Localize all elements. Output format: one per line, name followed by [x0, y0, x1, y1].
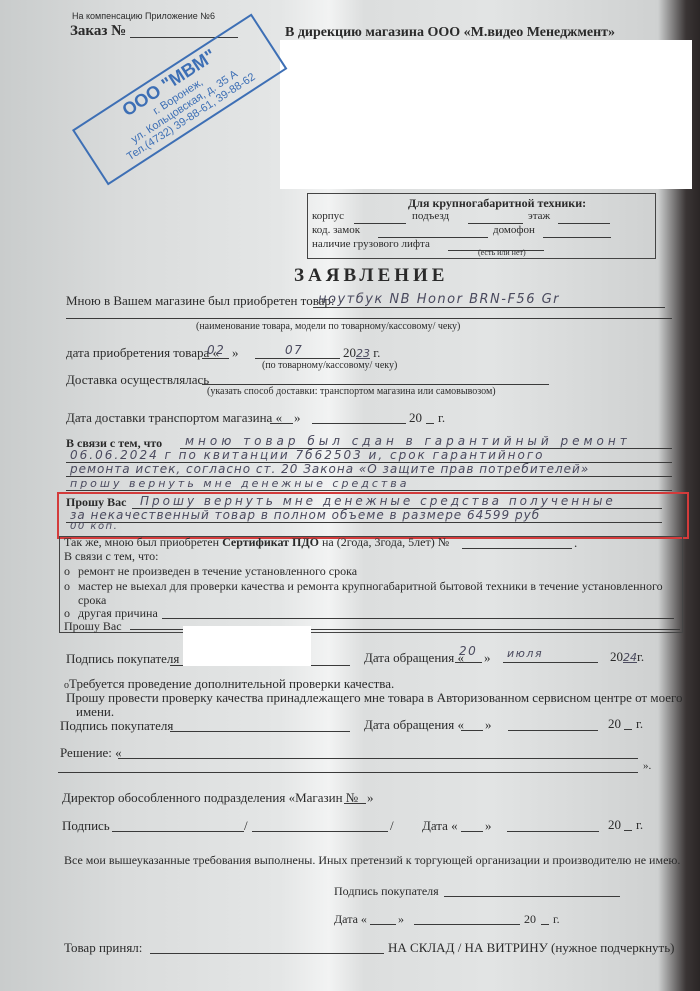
certificate-option-2[interactable]: oмастер не выехал для проверки качества …: [64, 579, 663, 594]
accepted-options: НА СКЛАД / НА ВИТРИНУ (нужное подчеркнут…: [388, 940, 675, 956]
delivery-year-prefix: 20: [409, 410, 422, 426]
extra-check-text-1: Прошу провести проверку качества принадл…: [66, 690, 683, 706]
stamp-line-2: г. Воронеж,: [87, 34, 270, 159]
accepted-hint: (нужное подчеркнуть): [551, 940, 674, 955]
signature-1-label: Подпись покупателя: [66, 651, 179, 667]
decision-year-field[interactable]: [624, 830, 632, 831]
signature-2-year-prefix: 20: [608, 716, 621, 732]
decision-year-end: г.: [636, 817, 643, 833]
signature-1-year-prefix: 20: [610, 649, 623, 664]
signature-1-date-label: Дата обращения «: [364, 650, 464, 666]
reason-line-2[interactable]: 06.06.2024 г по квитанции 7б62503 и, сро…: [70, 448, 545, 462]
purchase-month-underline: [255, 358, 340, 359]
signature-2-day-field[interactable]: [461, 730, 483, 731]
decision-label: Решение: «: [60, 745, 122, 761]
closing-year-field[interactable]: [541, 924, 549, 925]
purchase-date-label: дата приобретения товара «: [66, 345, 219, 361]
purchase-label: Мною в Вашем магазине был приобретен тов…: [66, 293, 335, 309]
signature-1-year-end: г.: [637, 649, 644, 664]
delivery-method-field[interactable]: [202, 384, 549, 385]
director-name-field[interactable]: [252, 831, 388, 832]
building-field[interactable]: [354, 223, 406, 224]
decision-field-2[interactable]: [58, 772, 638, 773]
signature-1-year-suffix[interactable]: 24: [623, 651, 637, 664]
director-label: Директор обособленного подразделения «Ма…: [62, 790, 358, 806]
reason-line-1[interactable]: мною товар был сдан в гарантийный ремонт: [185, 434, 631, 448]
purchase-underline: [313, 307, 665, 308]
intercom-field[interactable]: [543, 237, 611, 238]
addressee: В дирекцию магазина ООО «М.видео Менеджм…: [285, 25, 615, 41]
delivery-year-end: г.: [438, 410, 445, 426]
lock-code-label: код. замок: [312, 224, 360, 236]
purchase-year-end: г.: [373, 345, 380, 360]
floor-label: этаж: [528, 210, 550, 222]
decision-close: ».: [643, 760, 651, 772]
signature-slash-2: /: [390, 818, 394, 834]
closing-month-field[interactable]: [414, 924, 520, 925]
closing-year-end: г.: [553, 912, 560, 927]
decision-day-field[interactable]: [461, 831, 483, 832]
delivery-date-label: Дата доставки транспортом магазина «: [66, 410, 282, 426]
signature-1-date-month[interactable]: июля: [507, 647, 543, 660]
signature-2-field[interactable]: [170, 731, 350, 732]
intercom-label: домофон: [493, 224, 535, 236]
delivery-month-field[interactable]: [312, 423, 406, 424]
certificate-bold: Сертификат ПДО: [222, 535, 319, 549]
signature-2-date-close: »: [485, 717, 492, 733]
order-number-label: Заказ №: [70, 23, 126, 40]
certificate-prefix: Так же, мною был приобретен: [64, 535, 219, 549]
document-title: ЗАЯВЛЕНИЕ: [294, 265, 448, 287]
closing-date-label: Дата «: [334, 912, 367, 927]
decision-field-1[interactable]: [118, 758, 638, 759]
purchase-year-suffix[interactable]: 23: [356, 347, 370, 360]
freight-elevator-hint: (есть или нет): [478, 248, 526, 257]
building-label: корпус: [312, 210, 344, 222]
closing-year-prefix: 20: [524, 912, 536, 927]
purchase-day-underline: [202, 358, 229, 359]
signature-2-year-end: г.: [636, 716, 643, 732]
delivery-year-field[interactable]: [426, 423, 434, 424]
signature-2-label: Подпись покупателя: [60, 718, 173, 734]
certificate-reason-label: В связи с тем, что:: [64, 549, 158, 564]
request-line-3[interactable]: 00 коп.: [70, 521, 118, 532]
director-signature-label: Подпись: [62, 818, 110, 834]
closing-statement: Все мои вышеуказанные требования выполне…: [64, 853, 680, 868]
signature-slash-1: /: [244, 818, 248, 834]
other-reason-field[interactable]: [162, 618, 674, 619]
freight-elevator-label: наличие грузового лифта: [312, 238, 430, 250]
certificate-request-label: Прошу Вас: [64, 619, 122, 634]
director-close: »: [367, 790, 374, 806]
certificate-line: Так же, мною был приобретен Сертификат П…: [64, 535, 449, 550]
request-line-2[interactable]: за некачественный товар в полном объеме …: [70, 508, 540, 522]
signature-2-month-field[interactable]: [508, 730, 598, 731]
purchase-date-hint: (по товарному/кассовому/ чеку): [262, 360, 397, 371]
delivery-date-close: »: [294, 410, 301, 426]
floor-field[interactable]: [558, 223, 610, 224]
request-line-1[interactable]: Прошу вернуть мне денежные средства полу…: [140, 494, 616, 508]
purchase-date-month[interactable]: 07: [285, 343, 303, 357]
decision-date-close: »: [485, 818, 492, 834]
decision-month-field[interactable]: [507, 831, 599, 832]
accepted-options-text[interactable]: НА СКЛАД / НА ВИТРИНУ: [388, 940, 548, 955]
accepted-by-field[interactable]: [150, 953, 384, 954]
reason-line-3[interactable]: ремонта истек, согласно ст. 20 Закона «О…: [70, 462, 589, 476]
decision-year-prefix: 20: [608, 817, 621, 833]
purchase-year-prefix: 20: [343, 345, 356, 360]
delivery-method-hint: (указать способ доставки: транспортом ма…: [207, 386, 496, 397]
entrance-label: подъезд: [412, 210, 449, 222]
signature-2-year-field[interactable]: [624, 729, 632, 730]
store-number-field[interactable]: [344, 803, 366, 804]
closing-signature-label: Подпись покупателя: [334, 884, 439, 899]
delivery-method-label: Доставка осуществлялась: [66, 372, 209, 388]
signature-2-date-label: Дата обращения «: [364, 717, 464, 733]
certificate-number-field[interactable]: [462, 548, 572, 549]
decision-date-label: Дата «: [422, 818, 458, 834]
certificate-option-1[interactable]: oремонт не произведен в течение установл…: [64, 564, 357, 579]
delivery-day-field[interactable]: [270, 423, 293, 424]
signature-1-date-day[interactable]: 20: [459, 644, 477, 658]
closing-date-close: »: [398, 912, 404, 927]
redacted-signature: [183, 626, 311, 666]
purchase-product-value[interactable]: ноутбук NB Honor BRN-F56 Gr: [318, 292, 560, 307]
purchase-second-line: [66, 318, 672, 319]
purchase-hint: (наименование товара, модели по товарном…: [196, 321, 460, 332]
director-signature-field[interactable]: [112, 831, 244, 832]
appendix-note: На компенсацию Приложение №6: [72, 11, 215, 21]
large-goods-box: Для крупногабаритной техники: корпус под…: [307, 193, 656, 259]
redacted-customer-info: [280, 40, 692, 189]
closing-signature-field[interactable]: [444, 896, 620, 897]
purchase-date-day[interactable]: 02: [207, 343, 225, 357]
large-goods-title: Для крупногабаритной техники:: [408, 196, 586, 211]
reason-line-4[interactable]: прошу вернуть мне денежные средства: [70, 477, 410, 490]
certificate-suffix: на (2года, 3года, 5лет) №: [322, 535, 449, 549]
accepted-label: Товар принял:: [64, 940, 142, 956]
closing-day-field[interactable]: [370, 924, 396, 925]
